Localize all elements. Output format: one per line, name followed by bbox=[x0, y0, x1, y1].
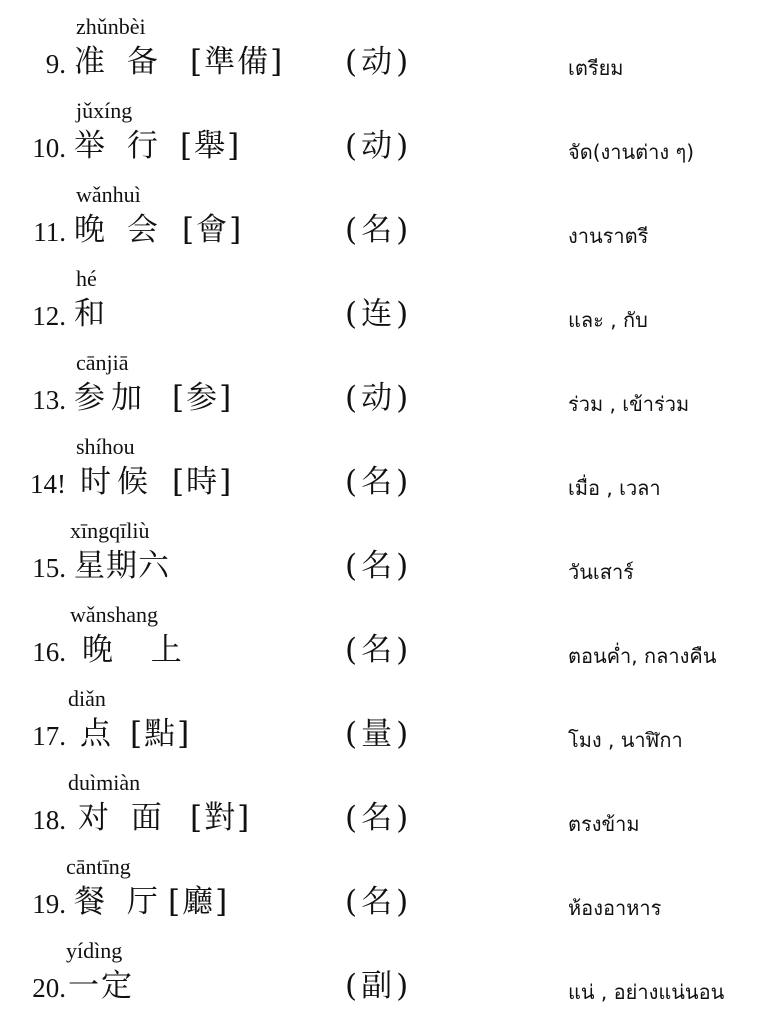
thai-translation: ตอนค่ำ, กลางคืน bbox=[568, 642, 716, 670]
entry-number: 12. bbox=[0, 298, 66, 334]
traditional-chinese: [對] bbox=[190, 798, 251, 838]
entry-number: 14! bbox=[0, 466, 66, 502]
part-of-speech: (名) bbox=[345, 210, 412, 250]
simplified-chinese: 一定 bbox=[68, 966, 134, 1006]
part-of-speech: (名) bbox=[345, 630, 412, 670]
simplified-chinese: 准 备 bbox=[74, 42, 164, 82]
part-of-speech: (动) bbox=[345, 126, 412, 166]
pinyin: yídìng bbox=[66, 938, 122, 964]
pinyin: zhǔnbèi bbox=[76, 14, 146, 40]
part-of-speech: (副) bbox=[345, 966, 412, 1006]
thai-translation: โมง , นาฬิกา bbox=[568, 726, 683, 754]
traditional-chinese: [點] bbox=[130, 714, 191, 754]
vocab-entry-14: shíhou 14! 时候 [時] (名) เมื่อ , เวลา bbox=[0, 434, 767, 518]
vocab-entry-19: cāntīng 19. 餐 厅 [廳] (名) ห้องอาหาร bbox=[0, 854, 767, 938]
thai-translation: แน่ , อย่างแน่นอน bbox=[568, 978, 724, 1006]
simplified-chinese: 晚 会 bbox=[74, 210, 164, 250]
part-of-speech: (连) bbox=[345, 294, 412, 334]
simplified-chinese: 和 bbox=[74, 294, 111, 334]
vocab-entry-9: zhǔnbèi 9. 准 备 [準備] (动) เตรียม bbox=[0, 14, 767, 98]
simplified-chinese: 对 面 bbox=[78, 798, 168, 838]
traditional-chinese: [参] bbox=[172, 378, 233, 418]
entry-number: 20. bbox=[0, 970, 66, 1006]
thai-translation: เมื่อ , เวลา bbox=[568, 474, 661, 502]
pinyin: shíhou bbox=[76, 434, 135, 460]
traditional-chinese: [廳] bbox=[168, 882, 229, 922]
entry-number: 17. bbox=[0, 718, 66, 754]
thai-translation: และ , กับ bbox=[568, 306, 648, 334]
vocab-entry-17: diǎn 17. 点 [點] (量) โมง , นาฬิกา bbox=[0, 686, 767, 770]
simplified-chinese: 餐 厅 bbox=[74, 882, 164, 922]
part-of-speech: (动) bbox=[345, 42, 412, 82]
part-of-speech: (名) bbox=[345, 462, 412, 502]
simplified-chinese: 点 bbox=[80, 714, 117, 754]
entry-number: 11. bbox=[0, 214, 66, 250]
entry-number: 15. bbox=[0, 550, 66, 586]
pinyin: xīngqīliù bbox=[70, 518, 149, 544]
thai-translation: งานราตรี bbox=[568, 222, 648, 250]
vocab-entry-10: jǔxíng 10. 举 行 [舉] (动) จัด(งานต่าง ๆ) bbox=[0, 98, 767, 182]
thai-translation: ร่วม , เข้าร่วม bbox=[568, 390, 689, 418]
part-of-speech: (量) bbox=[345, 714, 412, 754]
traditional-chinese: [會] bbox=[182, 210, 243, 250]
thai-translation: จัด(งานต่าง ๆ) bbox=[568, 138, 694, 166]
entry-number: 9. bbox=[0, 46, 66, 82]
simplified-chinese: 晚 上 bbox=[82, 630, 188, 670]
vocab-entry-18: duìmiàn 18. 对 面 [對] (名) ตรงข้าม bbox=[0, 770, 767, 854]
pinyin: cānjiā bbox=[76, 350, 129, 376]
part-of-speech: (名) bbox=[345, 798, 412, 838]
vocab-entry-16: wǎnshang 16. 晚 上 (名) ตอนค่ำ, กลางคืน bbox=[0, 602, 767, 686]
pinyin: diǎn bbox=[68, 686, 106, 712]
simplified-chinese: 参加 bbox=[74, 378, 148, 418]
entry-number: 19. bbox=[0, 886, 66, 922]
entry-number: 10. bbox=[0, 130, 66, 166]
entry-number: 18. bbox=[0, 802, 66, 838]
thai-translation: ห้องอาหาร bbox=[568, 894, 661, 922]
pinyin: wǎnhuì bbox=[76, 182, 141, 208]
vocab-entry-11: wǎnhuì 11. 晚 会 [會] (名) งานราตรี bbox=[0, 182, 767, 266]
pinyin: wǎnshang bbox=[70, 602, 158, 628]
traditional-chinese: [時] bbox=[172, 462, 233, 502]
vocab-entry-15: xīngqīliù 15. 星期六 (名) วันเสาร์ bbox=[0, 518, 767, 602]
simplified-chinese: 时候 bbox=[80, 462, 154, 502]
entry-number: 13. bbox=[0, 382, 66, 418]
part-of-speech: (名) bbox=[345, 546, 412, 586]
part-of-speech: (名) bbox=[345, 882, 412, 922]
thai-translation: ตรงข้าม bbox=[568, 810, 640, 838]
traditional-chinese: [準備] bbox=[190, 42, 284, 82]
traditional-chinese: [舉] bbox=[180, 126, 241, 166]
vocab-entry-20: yídìng 20. 一定 (副) แน่ , อย่างแน่นอน bbox=[0, 938, 767, 1022]
thai-translation: เตรียม bbox=[568, 54, 623, 82]
entry-number: 16. bbox=[0, 634, 66, 670]
simplified-chinese: 星期六 bbox=[74, 546, 170, 586]
vocab-entry-13: cānjiā 13. 参加 [参] (动) ร่วม , เข้าร่วม bbox=[0, 350, 767, 434]
vocab-entry-12: hé 12. 和 (连) และ , กับ bbox=[0, 266, 767, 350]
pinyin: hé bbox=[76, 266, 97, 292]
pinyin: cāntīng bbox=[66, 854, 131, 880]
simplified-chinese: 举 行 bbox=[74, 126, 164, 166]
part-of-speech: (动) bbox=[345, 378, 412, 418]
pinyin: jǔxíng bbox=[76, 98, 132, 124]
thai-translation: วันเสาร์ bbox=[568, 558, 634, 586]
pinyin: duìmiàn bbox=[68, 770, 140, 796]
